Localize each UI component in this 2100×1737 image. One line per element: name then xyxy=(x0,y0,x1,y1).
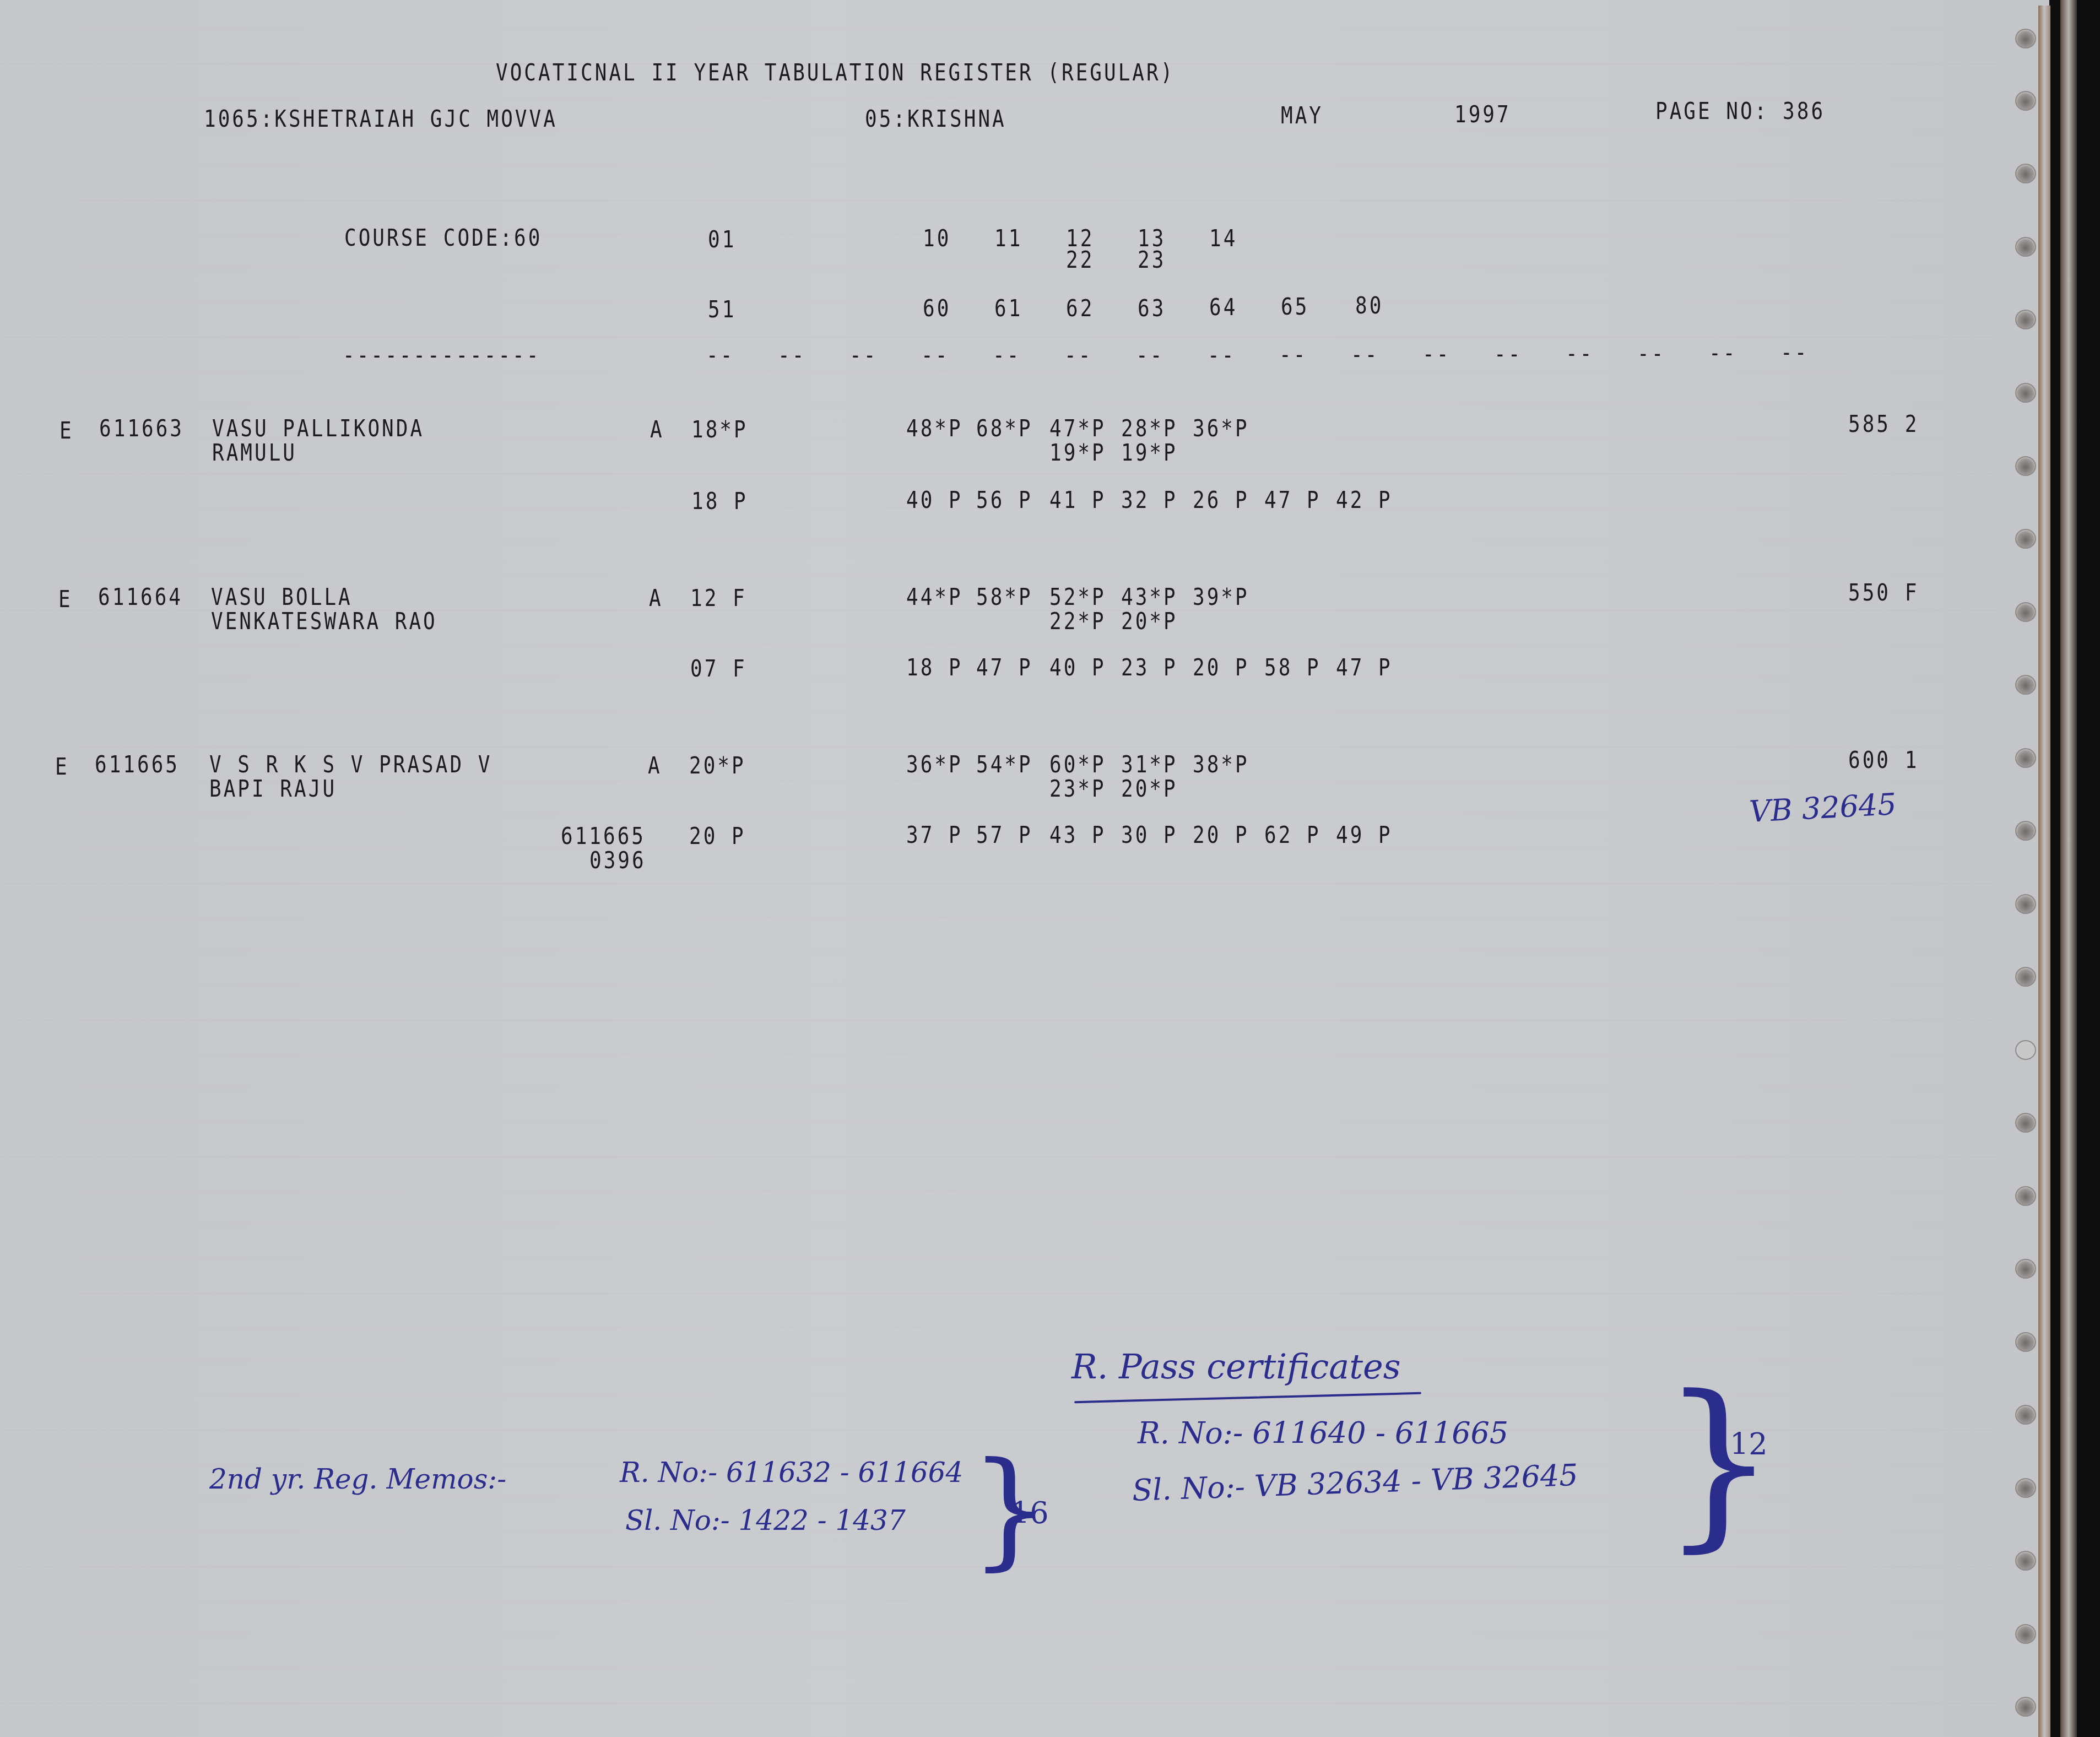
mark: 23 P xyxy=(1121,657,1178,680)
district-name: 05:KRISHNA xyxy=(865,108,1006,131)
total-result: 600 1 xyxy=(1848,749,1919,772)
student-name: VASU BOLLA xyxy=(211,586,353,609)
hole-icon xyxy=(2015,1624,2036,1644)
pass-count: 12 xyxy=(1730,1430,1768,1459)
subject-code: 62 xyxy=(1066,297,1094,321)
hole-icon xyxy=(2015,529,2036,549)
hole-icon xyxy=(2015,456,2036,476)
mark: 39*P xyxy=(1193,586,1249,609)
memo-roll-range: R. No:- 611632 - 611664 xyxy=(620,1459,963,1486)
mark: 31*P xyxy=(1121,754,1178,777)
mark: 62 P xyxy=(1264,824,1321,847)
roll-number: 611664 xyxy=(98,586,183,609)
student-name-cont: BAPI RAJU xyxy=(209,778,337,801)
register-title: VOCATICNAL II YEAR TABULATION REGISTER (… xyxy=(496,62,1175,85)
hole-icon xyxy=(2015,164,2036,183)
memo-label: 2nd yr. Reg. Memos:- xyxy=(209,1465,506,1493)
course-code-label: COURSE CODE:60 xyxy=(344,227,542,250)
mark: 36*P xyxy=(906,754,963,777)
mark: 41 P xyxy=(1049,489,1106,512)
mark: 48*P xyxy=(906,418,963,441)
right-brace: } xyxy=(1661,1372,1777,1554)
mark: 20*P xyxy=(1121,610,1178,634)
hole-icon xyxy=(2015,1478,2036,1498)
mark: 18 P xyxy=(906,657,963,680)
subject-code: 60 xyxy=(923,297,951,321)
mark: 57 P xyxy=(976,824,1033,847)
sprocket-holes xyxy=(2010,0,2043,1737)
mark: 54*P xyxy=(976,754,1033,777)
subject-code: 61 xyxy=(994,297,1022,321)
mark: 52*P xyxy=(1049,586,1106,609)
mark: 60*P xyxy=(1049,754,1106,777)
mark: 47 P xyxy=(1336,657,1393,680)
memo-count: 16 xyxy=(1011,1498,1049,1528)
label-divider: -------------- xyxy=(343,344,540,367)
record-type: E xyxy=(58,588,73,612)
mark: 44*P xyxy=(906,586,963,609)
subject-code: 14 xyxy=(1209,228,1237,251)
mark: 36*P xyxy=(1193,418,1249,441)
memo-serial-range: Sl. No:- 1422 - 1437 xyxy=(625,1507,906,1534)
mark: 23*P xyxy=(1049,778,1106,801)
mark: 20 P xyxy=(689,825,746,848)
exam-year: 1997 xyxy=(1454,104,1511,127)
hole-icon xyxy=(2015,1551,2036,1571)
exam-month: MAY xyxy=(1281,105,1323,128)
mark: 26 P xyxy=(1193,489,1249,512)
mark: 37 P xyxy=(906,824,963,847)
mark: 68*P xyxy=(976,418,1033,441)
mark: 30 P xyxy=(1121,824,1178,847)
subject-code: 51 xyxy=(708,299,736,322)
roll-number: 611665 xyxy=(95,754,180,777)
mark: 07 F xyxy=(690,658,747,681)
subject-code: 63 xyxy=(1138,297,1166,321)
mark: 43*P xyxy=(1121,586,1178,609)
mark: 47 P xyxy=(976,657,1033,680)
mark: 43 P xyxy=(1049,824,1106,847)
mark: 20 P xyxy=(1193,824,1249,847)
student-name: V S R K S V PRASAD V xyxy=(209,754,492,777)
mark: 20*P xyxy=(1121,778,1178,801)
college-name: 1065:KSHETRAIAH GJC MOVVA xyxy=(204,108,558,131)
mark: 56 P xyxy=(976,489,1033,512)
hole-icon xyxy=(2015,237,2036,257)
mark: 40 P xyxy=(1049,657,1106,680)
subject-code: 65 xyxy=(1281,296,1309,319)
mark: 47*P xyxy=(1049,418,1106,441)
mark: 22*P xyxy=(1049,610,1106,634)
record-type: E xyxy=(59,420,74,443)
hole-icon xyxy=(2015,1697,2036,1717)
hole-icon xyxy=(2015,29,2036,48)
mark: 18*P xyxy=(691,419,748,442)
hole-icon xyxy=(2015,967,2036,987)
mark: 40 P xyxy=(906,489,963,512)
roll-number: 611663 xyxy=(99,418,184,441)
total-result: 550 F xyxy=(1848,582,1919,605)
hole-icon xyxy=(2015,1113,2036,1133)
memo-sub-number: 0396 xyxy=(589,849,646,873)
grade: A xyxy=(648,755,662,778)
mark: 58 P xyxy=(1264,657,1321,680)
student-name-cont: VENKATESWARA RAO xyxy=(211,610,437,634)
mark: 58*P xyxy=(976,586,1033,609)
mark: 38*P xyxy=(1193,754,1249,777)
memo-number: 611665 xyxy=(561,825,646,848)
student-name: VASU PALLIKONDA xyxy=(212,418,424,441)
mark: 47 P xyxy=(1264,489,1321,512)
pass-title: R. Pass certificates xyxy=(1071,1350,1401,1384)
handwritten-serial: VB 32645 xyxy=(1749,789,1897,827)
mark: 42 P xyxy=(1336,489,1393,512)
grade: A xyxy=(650,419,664,442)
subject-code: 11 xyxy=(994,228,1022,251)
total-result: 585 2 xyxy=(1848,413,1919,436)
subject-code: 64 xyxy=(1209,296,1237,320)
binder-edge xyxy=(2060,0,2077,1737)
grade: A xyxy=(649,587,663,610)
hole-icon xyxy=(2015,1405,2036,1425)
mark: 18 P xyxy=(691,490,748,513)
page-number: PAGE NO: 386 xyxy=(1655,100,1825,123)
hole-icon xyxy=(2015,602,2036,622)
hole-icon xyxy=(2015,91,2036,111)
subject-code: 22 xyxy=(1066,249,1094,272)
hole-icon xyxy=(2015,675,2036,695)
mark: 19*P xyxy=(1121,442,1178,465)
hole-icon xyxy=(2015,310,2036,329)
subject-code: 23 xyxy=(1138,249,1166,272)
hole-icon xyxy=(2015,1259,2036,1279)
hole-icon xyxy=(2015,1332,2036,1352)
mark: 28*P xyxy=(1121,418,1178,441)
mark: 20*P xyxy=(689,755,746,778)
hole-icon xyxy=(2015,1186,2036,1206)
subject-code: 80 xyxy=(1355,295,1383,318)
student-name-cont: RAMULU xyxy=(212,442,297,465)
mark: 19*P xyxy=(1049,442,1106,465)
mark: 49 P xyxy=(1336,824,1393,847)
mark: 20 P xyxy=(1193,657,1249,680)
mark: 12 F xyxy=(690,587,747,610)
hole-icon xyxy=(2015,1040,2036,1060)
subject-code: 01 xyxy=(708,229,736,252)
mark: 32 P xyxy=(1121,489,1178,512)
hole-icon xyxy=(2015,894,2036,914)
hole-icon xyxy=(2015,821,2036,841)
pass-roll-range: R. No:- 611640 - 611665 xyxy=(1138,1419,1508,1448)
hole-icon xyxy=(2015,748,2036,768)
hole-icon xyxy=(2015,383,2036,403)
register-sheet: VOCATICNAL II YEAR TABULATION REGISTER (… xyxy=(0,0,2049,1737)
subject-code: 10 xyxy=(923,228,951,251)
record-type: E xyxy=(55,756,69,779)
